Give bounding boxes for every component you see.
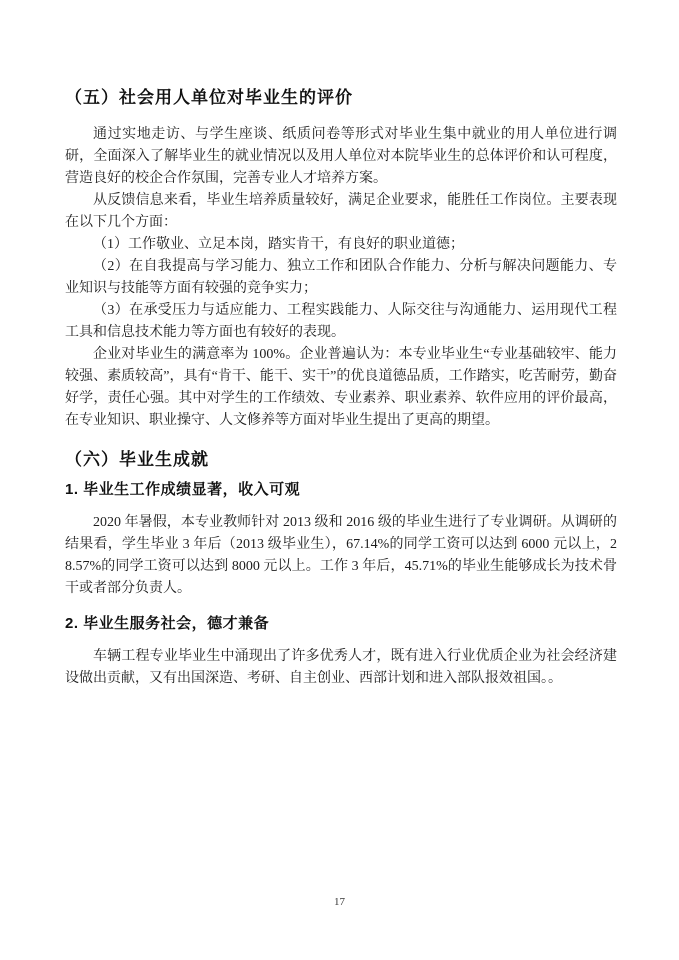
section-heading-graduate-achievements: （六）毕业生成就 [65,448,617,472]
document-page: （五）社会用人单位对毕业生的评价 通过实地走访、与学生座谈、纸质问卷等形式对毕业… [0,0,679,960]
section-heading-employer-evaluation: （五）社会用人单位对毕业生的评价 [65,86,617,110]
page-number: 17 [0,896,679,908]
paragraph-satisfaction-rate: 企业对毕业生的满意率为 100%。企业普遍认为：本专业毕业生“专业基础较牢、能力… [65,344,617,432]
paragraph-salary-survey: 2020 年暑假，本专业教师针对 2013 级和 2016 级的毕业生进行了专业… [65,512,617,600]
paragraph-feedback-summary: 从反馈信息来看，毕业生培养质量较好，满足企业要求，能胜任工作岗位。主要表现在以下… [65,190,617,234]
paragraph-survey-method: 通过实地走访、与学生座谈、纸质问卷等形式对毕业生集中就业的用人单位进行调研，全面… [65,124,617,190]
list-item-3: （3）在承受压力与适应能力、工程实践能力、人际交往与沟通能力、运用现代工程工具和… [65,300,617,344]
list-item-1: （1）工作敬业、立足本岗，踏实肯干，有良好的职业道德； [65,234,617,256]
list-item-2: （2）在自我提高与学习能力、独立工作和团队合作能力、分析与解决问题能力、专业知识… [65,256,617,300]
paragraph-talents: 车辆工程专业毕业生中涌现出了许多优秀人才，既有进入行业优质企业为社会经济建设做出… [65,646,617,690]
sub-heading-serve-society: 2. 毕业生服务社会，德才兼备 [65,614,617,634]
sub-heading-work-achievement: 1. 毕业生工作成绩显著，收入可观 [65,480,617,500]
